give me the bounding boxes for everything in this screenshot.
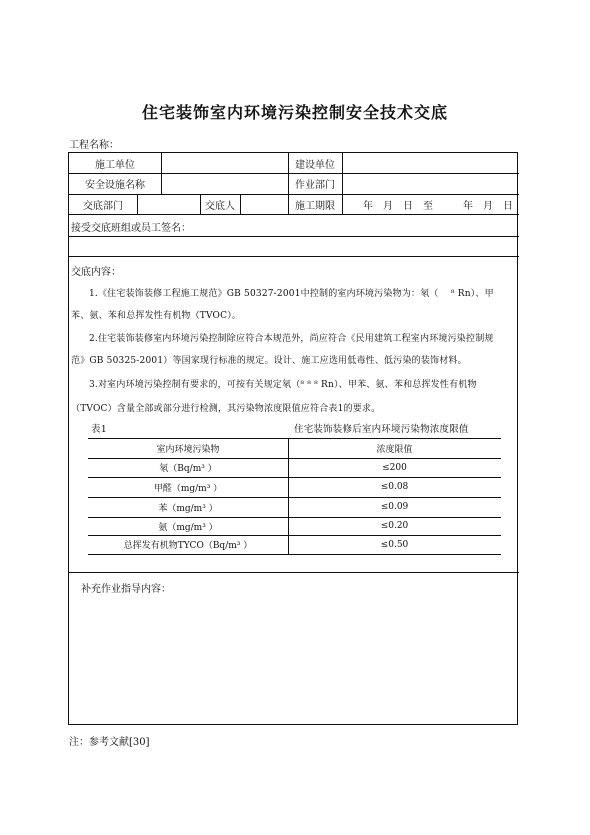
table1-row-limit: ≤0.09 [288, 497, 501, 517]
briefing-form: 施工单位 建设单位 安全设施名称 作业部门 交底部门 交底人 施工期限 年 月 … [68, 152, 518, 725]
document-title: 住宅装饰室内环境污染控制安全技术交底 [0, 100, 590, 123]
briefer-field[interactable] [240, 194, 288, 214]
owner-unit-label: 建设单位 [288, 153, 342, 173]
table1-row-pollutant: 氨（mg/m³ ） [88, 517, 288, 535]
footnote: 注：参考文献[30] [69, 733, 150, 748]
period-label: 施工期限 [288, 194, 342, 214]
table1-header-pollutant: 室内环境污染物 [88, 438, 288, 458]
table1-row-pollutant: 甲醛（mg/m³ ） [88, 477, 288, 497]
briefing-dept-field[interactable] [137, 194, 200, 214]
safety-facility-field[interactable] [161, 173, 288, 194]
row-divider [69, 256, 519, 257]
project-name-label: 工程名称： [69, 136, 119, 151]
work-dept-field[interactable] [342, 173, 519, 194]
table1-rule [88, 554, 501, 555]
row-divider [69, 214, 519, 215]
table1-row-limit: ≤0.08 [288, 477, 501, 497]
supplement-field[interactable] [69, 593, 519, 723]
paragraph-2a: 2.住宅装饰装修室内环境污染控制除应符合本规范外，尚应符合《民用建筑工程室内环境… [89, 331, 494, 344]
paragraph-1a: 1.《住宅装饰装修工程施工规范》GB 50327-2001中控制的室内环境污染物… [89, 286, 494, 299]
briefing-dept-label: 交底部门 [69, 194, 137, 214]
table1-row-pollutant: 苯（mg/m³ ） [88, 497, 288, 517]
row-divider [69, 572, 519, 573]
table1-label: 表1 [91, 421, 107, 435]
work-dept-label: 作业部门 [288, 173, 342, 194]
table1-row-limit: ≤200 [288, 458, 501, 477]
signature-field[interactable] [69, 236, 519, 256]
construction-unit-field[interactable] [161, 153, 288, 173]
table1-caption: 住宅装饰装修后室内环境污染物浓度限值 [294, 421, 469, 435]
table1-row-pollutant: 氡（Bq/m³ ） [88, 458, 288, 477]
table1-row-limit: ≤0.50 [288, 535, 501, 554]
content-label: 交底内容： [71, 263, 121, 278]
signature-label: 接受交底班组或员工签名： [71, 219, 191, 234]
paragraph-3a: 3.对室内环境污染控制有要求的，可按有关规定氡（⁸ ⁸ ⁸ Rn）、甲苯、氨、苯… [89, 377, 477, 390]
paragraph-3b: （TVOC）含量全部或部分进行检测，其污染物浓度限值应符合表1的要求。 [71, 401, 380, 414]
paragraph-2b: 范》GB 50325-2001）等国家现行标准的规定。设计、施工应选用低毒性、低… [71, 353, 467, 366]
safety-facility-label: 安全设施名称 [69, 173, 161, 194]
table1-row-limit: ≤0.20 [288, 517, 501, 535]
paragraph-1b: 苯、氨、苯和总挥发性有机物（TVOC）。 [71, 308, 241, 321]
table1-row-pollutant: 总挥发有机物TYCO（Bq/m³ ） [88, 535, 288, 554]
construction-unit-label: 施工单位 [69, 153, 161, 173]
briefer-label: 交底人 [200, 194, 240, 214]
owner-unit-field[interactable] [342, 153, 519, 173]
table1-header-limit: 浓度限值 [288, 438, 501, 458]
period-field[interactable]: 年 月 日 至 年 月 日 [342, 194, 519, 214]
